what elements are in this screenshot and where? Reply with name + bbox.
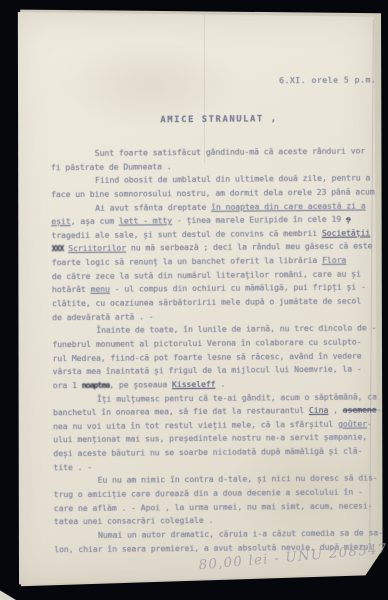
typed-line: deși aceste băuturi nu se soarbe nicioda… xyxy=(53,444,379,460)
typed-text: tatea unei consacrări colegiale . xyxy=(54,515,213,526)
typed-text: , xyxy=(328,405,343,415)
typed-text: - ul compus din ochiuri cu mămăligă, pui… xyxy=(110,282,366,294)
typed-text: rul Medrea, fiind-că pot foarte lesne să… xyxy=(52,350,361,363)
typed-text: tragedii ale sale, și sunt destul de con… xyxy=(51,228,322,240)
typed-line: Sunt foarte satisfăcut gândindu-mă că ac… xyxy=(51,144,377,160)
typed-text: deși aceste băuturi nu se soarbe nicioda… xyxy=(53,446,362,459)
letter-text-layer: 6.XI. orele 5 p.m. AMICE STRANULAT , Sun… xyxy=(0,0,388,600)
typed-text: ș xyxy=(346,214,351,224)
typed-text: XXX xyxy=(52,244,64,254)
typed-text: tite . - xyxy=(53,462,92,472)
typed-text: ului menționat mai sus, președintele nos… xyxy=(53,432,367,445)
typed-text: Ai avut sfânta dreptate xyxy=(95,201,211,212)
typed-text: , așa cum xyxy=(71,216,119,226)
typed-text: asemene xyxy=(343,405,377,415)
typed-text: hotărât xyxy=(52,284,91,294)
typed-text: clătite, cu ocaziunea sărbătoririi mele … xyxy=(52,296,361,309)
typed-text: Scriitorilor xyxy=(68,243,126,254)
photo-background: 6.XI. orele 5 p.m. AMICE STRANULAT , Sun… xyxy=(0,0,388,600)
typed-text: fi păstrate de Dumneata . xyxy=(51,161,172,172)
typed-text: lett - mtty xyxy=(119,215,172,225)
typed-text: în noaptea din care această zi a xyxy=(211,200,366,211)
typed-text: goûter xyxy=(338,418,367,428)
salutation: AMICE STRANULAT , xyxy=(160,114,277,125)
typed-text: Fiind obosit de umblatul din ultimele do… xyxy=(95,173,370,185)
typed-text: nea nu voi uita în tot restul vieții mel… xyxy=(53,419,338,431)
typed-text: noaptea xyxy=(82,380,110,390)
typed-text: Societății xyxy=(322,227,370,237)
typed-text: menu xyxy=(90,284,109,294)
typed-text: vârsta mea înaintată și frigul de la mij… xyxy=(53,364,362,377)
typed-text: Înainte de toate, în lunile de iarnă, nu… xyxy=(96,323,376,335)
typed-text: ora 1 xyxy=(53,380,82,390)
typed-text: - xyxy=(377,405,382,415)
typed-text: Numai un autor dramatic, căruia i-a căzu… xyxy=(98,527,383,539)
typed-text: Cina xyxy=(309,405,328,415)
typed-text: Sunt foarte satisfăcut gândindu-mă că ac… xyxy=(95,146,366,158)
typed-line: clătite, cu ocaziunea sărbătoririi mele … xyxy=(52,294,378,310)
typed-text: care ne aflăm . - Apoi , la urma urmei, … xyxy=(54,500,373,513)
typed-text: face un bine somnorosului nostru, am dor… xyxy=(51,186,375,199)
typed-text: nu mă serbează ; deci la rândul meu găse… xyxy=(126,241,372,253)
typed-text: funebrul monument al pictorului Verona î… xyxy=(52,337,361,350)
typed-text: - xyxy=(367,418,372,428)
typed-text: foarte logic să renunț la un banchet ofe… xyxy=(52,255,323,267)
typed-text: banchetul în onoarea mea, să fie dat la … xyxy=(53,405,309,417)
typed-text: , pe șoseaua xyxy=(109,379,172,390)
typed-text: trug o amiciție care durează din a doua … xyxy=(54,487,363,500)
typed-text: Kisseleff xyxy=(172,379,216,389)
typed-text: de către zece la sută din numărul litera… xyxy=(52,268,361,281)
typed-text: . xyxy=(215,379,225,389)
typed-text: de adevărată artă . - xyxy=(52,311,154,322)
typed-line: vârsta mea înaintată și frigul de la mij… xyxy=(53,363,379,379)
letter-body: Sunt foarte satisfăcut gândindu-mă că ac… xyxy=(51,144,381,556)
typed-text: eșit xyxy=(51,216,70,226)
typed-text: Flora xyxy=(322,255,346,265)
date-line: 6.XI. orele 5 p.m. xyxy=(279,74,376,85)
typed-text: Eu nu am nimic în contra d-tale, și nici… xyxy=(98,473,378,485)
typed-text: - ținea marele Euripide în cele 19 xyxy=(172,214,346,226)
typed-text: Îți mulțumesc pentru că te-ai gândit, ac… xyxy=(97,391,377,403)
